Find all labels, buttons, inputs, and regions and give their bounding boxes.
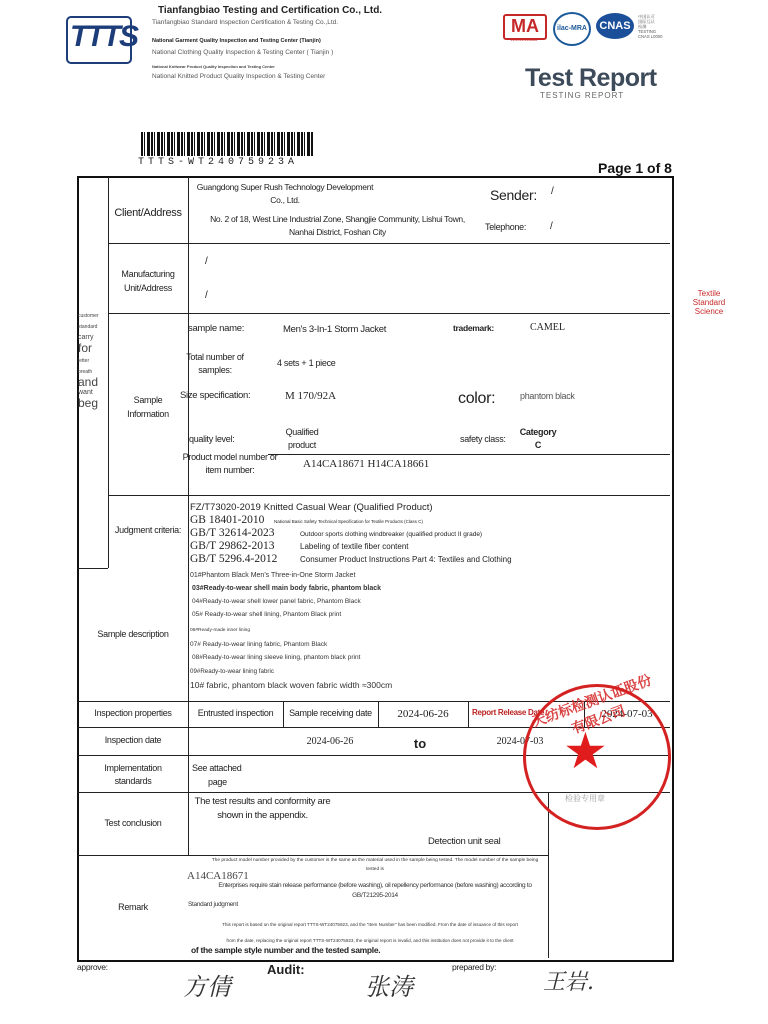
- page-indicator: Page 1 of 8: [598, 160, 672, 176]
- remark-text: The product model number provided by the…: [190, 856, 560, 865]
- barcode: [141, 132, 313, 156]
- safety-value: Category C: [518, 426, 558, 452]
- seal-inner-text: 检验专用章: [565, 793, 605, 804]
- header-line: Tianfangbiao Standard Inspection Certifi…: [152, 19, 338, 26]
- remark-text: GB/T21295-2014: [190, 891, 560, 901]
- sample-count-label-line: samples:: [184, 364, 246, 377]
- col-divider: [188, 177, 189, 855]
- remark-standard-judgment: Standard judgment: [188, 901, 238, 908]
- description-item: 03#Ready-to-wear shell main body fabric,…: [192, 585, 381, 592]
- sample-info-label-line: Information: [108, 407, 188, 421]
- row-divider: [268, 454, 670, 455]
- conclusion-text-line: shown in the appendix.: [190, 809, 335, 823]
- judgment-list: FZ/T73020-2019Knitted Casual Wear (Quali…: [190, 497, 540, 562]
- sample-count-value: 4 sets + 1 piece: [277, 358, 336, 368]
- client-name: Guangdong Super Rush Technology Developm…: [190, 182, 380, 205]
- judgment-desc: Consumer Product Instructions Part 4: Te…: [300, 555, 512, 564]
- seal-star-icon: ★: [563, 722, 608, 780]
- manufacturer-label-line: Unit/Address: [108, 281, 188, 295]
- report-title: Test Report: [525, 64, 657, 93]
- client-name-line: Guangdong Super Rush Technology Developm…: [190, 182, 380, 192]
- side-word: standard: [78, 324, 99, 330]
- telephone-label: Telephone:: [485, 222, 526, 232]
- remark-line: Enterprises require stain release perfor…: [190, 881, 560, 901]
- conclusion-text-line: The test results and conformity are: [190, 795, 335, 809]
- judgment-item: GB 18401-2010National Basic Safety Techn…: [190, 510, 540, 523]
- implementation-value-line: See attached: [192, 761, 241, 775]
- barcode-number: TTTS-WT24075923A: [138, 157, 298, 168]
- safety-label: safety class:: [460, 434, 506, 444]
- receiving-date-label: Sample receiving date: [283, 708, 378, 718]
- side-word: for: [78, 341, 99, 355]
- audit-label: Audit:: [267, 962, 305, 977]
- manufacturer-label-line: Manufacturing: [108, 267, 188, 281]
- side-watermark-right: Textile Standard Science: [690, 289, 728, 316]
- conclusion-text: The test results and conformity are show…: [190, 795, 335, 823]
- description-item: 01#Phantom Black Men's Three-in-One Stor…: [190, 572, 355, 579]
- implementation-value-line: page: [192, 775, 241, 789]
- side-word: want: [78, 389, 99, 396]
- inspection-properties-label: Inspection properties: [78, 708, 188, 718]
- side-word: customer: [78, 313, 99, 319]
- judgment-code: GB/T 5296.4-2012: [190, 553, 300, 565]
- ttts-logo-text: TTTS: [70, 20, 126, 54]
- description-item: 04#Ready-to-wear shell lower panel fabri…: [192, 598, 361, 605]
- trademark-label: trademark:: [453, 323, 494, 333]
- remark-text: Enterprises require stain release perfor…: [190, 881, 560, 891]
- telephone-value: /: [550, 221, 553, 232]
- quality-value: Qualified product: [282, 426, 322, 452]
- sample-count-label: Total number of samples:: [184, 351, 246, 377]
- description-item: 10# fabric, phantom black woven fabric w…: [190, 680, 392, 690]
- side-word: Textile: [690, 289, 728, 298]
- col-divider: [108, 177, 109, 568]
- row-divider: [108, 495, 670, 496]
- remark-text: This report is based on the original rep…: [190, 917, 550, 933]
- description-item: 09#Ready-to-wear lining fabric: [190, 668, 274, 675]
- client-address: No. 2 of 18, West Line Industrial Zone, …: [195, 214, 480, 237]
- judgment-item: GB/T 32614-2023Outdoor sports clothing w…: [190, 523, 540, 536]
- model-label-line: Product model number or: [182, 451, 278, 464]
- judgment-item: FZ/T73020-2019Knitted Casual Wear (Quali…: [190, 497, 540, 510]
- sample-count-label-line: Total number of: [184, 351, 246, 364]
- header-line: National Garment Quality Inspection and …: [152, 38, 321, 44]
- cnas-text-line: CNAS L0000: [638, 34, 662, 39]
- company-name: Tianfangbiao Testing and Certification C…: [158, 5, 382, 16]
- quality-value-line: product: [282, 439, 322, 452]
- row-divider: [78, 568, 108, 569]
- judgment-label: Judgment criteria:: [108, 525, 188, 535]
- manufacturer-value: /: [205, 256, 208, 267]
- sample-description-label: Sample description: [78, 629, 188, 639]
- side-word: carry: [78, 334, 99, 341]
- client-address-line: Nanhai District, Foshan City: [195, 227, 480, 237]
- judgment-item: GB/T 29862-2013Labeling of textile fiber…: [190, 536, 540, 549]
- implementation-value: See attached page: [192, 761, 241, 789]
- manufacturer-address: /: [205, 290, 208, 301]
- model-value: A14CA18671 H14CA18661: [303, 458, 429, 470]
- inspection-date-label: Inspection date: [78, 735, 188, 745]
- implementation-label-line: standards: [78, 775, 188, 788]
- prepared-signature: 王岩.: [543, 965, 594, 996]
- sample-info-label-line: Sample: [108, 393, 188, 407]
- client-address-line: No. 2 of 18, West Line Industrial Zone, …: [195, 214, 480, 224]
- inspection-date-from: 2024-06-26: [300, 736, 360, 747]
- header-line: National Knitwear Product Quality Inspec…: [152, 64, 275, 69]
- side-watermark-left: customer standard carry for letter breat…: [78, 313, 99, 410]
- row-divider: [108, 243, 670, 244]
- header-line: National Knitted Product Quality Inspect…: [152, 73, 325, 80]
- side-word: Science: [690, 307, 728, 316]
- prepared-label: prepared by:: [452, 962, 496, 972]
- cnas-text: 中国认可 国际互认 检测 TESTING CNAS L0000: [638, 14, 662, 39]
- description-item: 05# Ready-to-wear shell lining, Phantom …: [192, 611, 341, 618]
- sample-info-label: Sample Information: [108, 393, 188, 421]
- implementation-label: Implementation standards: [78, 762, 188, 788]
- model-label-line: item number:: [182, 464, 278, 477]
- trademark-value: CAMEL: [530, 322, 565, 333]
- receiving-date-value: 2024-06-26: [378, 708, 468, 720]
- quality-value-line: Qualified: [282, 426, 322, 439]
- client-label: Client/Address: [108, 207, 188, 219]
- col-divider: [468, 701, 469, 727]
- cnas-logo: CNAS: [596, 13, 634, 39]
- size-value: M 170/92A: [285, 390, 336, 402]
- judgment-item: GB/T 5296.4-2012Consumer Product Instruc…: [190, 549, 540, 562]
- implementation-label-line: Implementation: [78, 762, 188, 775]
- approve-signature: 方倩: [183, 967, 231, 1002]
- side-word: letter: [78, 358, 99, 364]
- sample-name-label: sample name:: [188, 323, 244, 334]
- remark-label: Remark: [78, 902, 188, 912]
- safety-value-line: Category: [518, 426, 558, 439]
- remark-last-line: of the sample style number and the teste…: [191, 945, 380, 955]
- description-item: 06#Ready-made inner lining: [190, 628, 250, 633]
- conclusion-label: Test conclusion: [78, 818, 188, 828]
- report-subtitle: TESTING REPORT: [540, 91, 624, 100]
- side-word: beg: [78, 396, 99, 410]
- row-divider: [108, 313, 670, 314]
- header-line: National Clothing Quality Inspection & T…: [152, 49, 333, 56]
- manufacturer-label: Manufacturing Unit/Address: [108, 267, 188, 295]
- size-label: Size specification:: [180, 390, 250, 401]
- client-name-line: Co., Ltd.: [190, 195, 380, 205]
- sample-name-value: Men's 3-In-1 Storm Jacket: [283, 324, 386, 335]
- model-label: Product model number or item number:: [182, 451, 278, 477]
- ilac-mra-logo: ilac-MRA: [553, 12, 591, 46]
- inspection-properties-value: Entrusted inspection: [188, 708, 283, 718]
- description-item: 08#Ready-to-wear lining sleeve lining, p…: [192, 654, 360, 661]
- color-value: phantom black: [520, 391, 575, 401]
- safety-value-line: C: [518, 439, 558, 452]
- color-label: color:: [458, 390, 495, 408]
- sender-label: Sender:: [490, 187, 537, 203]
- quality-label: quality level:: [189, 434, 234, 444]
- cma-number: 220012346666: [501, 37, 547, 42]
- sender-value: /: [551, 186, 554, 197]
- audit-signature: 张涛: [365, 967, 413, 1002]
- side-word: and: [78, 375, 99, 389]
- description-item: 07# Ready-to-wear lining fabric, Phantom…: [190, 641, 327, 648]
- seal-label: Detection unit seal: [428, 836, 500, 847]
- side-word: Standard: [690, 298, 728, 307]
- approve-label: approve:: [77, 962, 108, 972]
- inspection-date-to-word: to: [405, 736, 435, 751]
